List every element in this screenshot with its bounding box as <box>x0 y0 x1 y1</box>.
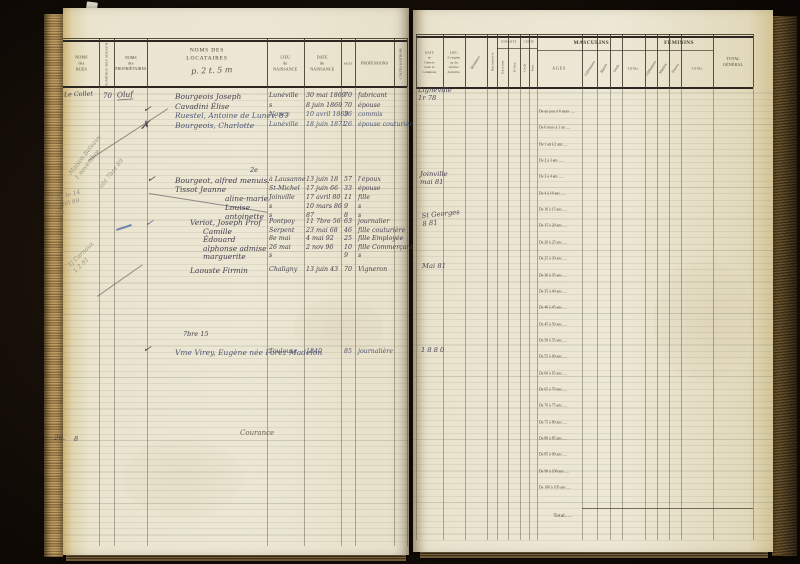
ledger-line: Louises10 mars 869s <box>63 203 407 212</box>
birthplace: s <box>269 203 272 210</box>
col-header-protestants-label: Prot. <box>531 63 535 71</box>
age-row-label: De 45 à 50 ans ..... <box>539 322 567 326</box>
birthdate: 13 juin 43 <box>306 266 338 273</box>
age-row: De 45 à 50 ans ..... <box>539 314 585 322</box>
birthplace: 26 mai <box>269 244 291 251</box>
age-row-label: De 100 à 105 ans ..... <box>539 485 571 489</box>
right-page: DATE de l'entrée dans la commune LIEU d'… <box>413 10 773 552</box>
column-rule-body <box>497 87 498 540</box>
col-header-proprietaires: NOMS des PROPRIÉTAIRES <box>114 41 147 86</box>
col-header-f-veuves-label: Veuves <box>671 63 680 74</box>
profession: commis <box>358 111 383 118</box>
age-value: 70 <box>344 266 352 273</box>
col-header-protestants: Prot. <box>528 48 537 87</box>
birthplace: Chaligny <box>269 266 297 273</box>
age-row-label: De 85 à 90 ans ..... <box>539 453 567 457</box>
birthplace: Nancy <box>269 111 289 118</box>
column-rule-body <box>645 87 646 540</box>
col-header-lieu-origine: LIEU d'origine ou du dernier domicile <box>443 37 465 87</box>
column-rule-body <box>537 87 538 540</box>
age-row-label: De 35 à 40 ans ..... <box>539 289 567 293</box>
age-row: De 80 à 85 ans ..... <box>539 428 585 436</box>
age-row-label: De 75 à 80 ans ..... <box>539 420 567 424</box>
profession: l'époux <box>358 176 381 183</box>
birthdate: 10 mars 86 <box>306 203 342 210</box>
age-value: 25 <box>344 235 352 242</box>
age-row: De 3 à 4 ans ..... <box>539 166 585 174</box>
col-header-numeros: NUMÉROS DES MAISONS <box>99 41 114 86</box>
age-row: De 15 à 20 ans ..... <box>539 215 585 223</box>
birthdate: 17 juin 66 <box>306 185 338 192</box>
col-header-f-total-label: TOTAL <box>692 66 703 71</box>
column-rule-body <box>341 87 342 546</box>
profession: s <box>358 252 361 259</box>
age-row: De 35 à 40 ans ..... <box>539 281 585 289</box>
age-row: De 25 à 30 ans ..... <box>539 248 585 256</box>
annotation-2e: 2e <box>250 166 258 174</box>
birthdate: 13 juin 18 <box>306 176 338 183</box>
birthdate: 18 juin 1871 <box>306 121 346 128</box>
column-rule-body <box>465 87 466 540</box>
age-value: 9 <box>344 252 348 259</box>
col-header-professions-label: PROFESSIONS <box>361 61 388 67</box>
age-row: De 85 à 90 ans ..... <box>539 444 585 452</box>
profession: fille Commerçante <box>358 244 417 251</box>
entry-note: Joinville mai 81 <box>420 170 448 186</box>
profession: fille couturière <box>358 227 405 234</box>
column-rule-body <box>304 87 305 546</box>
ledger-line: Ruestel, Antoine de Lunév. 87Nancy10 avr… <box>63 111 407 120</box>
column-rule-body <box>487 87 488 540</box>
tenant-name: Laouste Firmin <box>190 266 248 275</box>
age-row-label: De un jour à 6 mois ..... <box>539 109 575 113</box>
age-value: 63 <box>344 218 352 225</box>
birthplace: Joinville <box>269 194 295 201</box>
age-value: 70 <box>344 102 352 109</box>
profession: fille Employée <box>358 235 403 242</box>
column-rule-body <box>99 87 100 546</box>
age-row: De 10 à 15 ans ..... <box>539 199 585 207</box>
birthplace: Toulouse <box>269 348 297 355</box>
col-header-f-celibataires: Célibataires <box>645 50 657 87</box>
column-rule-body <box>267 87 268 546</box>
ledger-ruling <box>413 87 773 542</box>
col-header-lieu-origine-label: LIEU d'origine ou du dernier domicile <box>448 50 461 74</box>
tenant-name: Louise <box>225 203 250 212</box>
column-rule-body <box>443 87 444 540</box>
birthdate: 30 mai 1869 <box>306 92 346 99</box>
birthplace: Serpent <box>269 227 294 234</box>
column-rule-body <box>114 87 115 546</box>
column-rule-body <box>529 87 530 540</box>
col-header-locataires: NOMS DES LOCATAIRES <box>147 41 267 67</box>
col-header-lieu-label: LIEU de NAISSANCE <box>273 55 297 73</box>
column-rule-header <box>407 38 408 87</box>
group-header-feminins-label: FÉMININS <box>664 38 694 46</box>
ledger-line: Vme Virey, Eugène née Forez MadelonToulo… <box>63 348 407 357</box>
col-header-f-mariees-label: Mariées <box>658 63 668 75</box>
pre-total-rule <box>582 508 753 509</box>
tenant-name: marguerite <box>203 252 246 261</box>
age-value: 26 <box>344 111 352 118</box>
age-value: 9 <box>344 203 348 210</box>
tenant-name: Bourgeois, Charlotte <box>175 121 254 130</box>
age-row: De un jour à 6 mois ..... <box>539 101 585 109</box>
annotation-7bre: 7bre 15 <box>183 330 209 338</box>
age-value: 85 <box>344 348 352 355</box>
age-row: De 6 mois à 1 an ..... <box>539 117 585 125</box>
column-rule-body <box>713 87 714 540</box>
column-rule-body <box>681 87 682 540</box>
col-header-ages-label: AGES <box>553 66 567 72</box>
age-row: De 1 an à 2 ans ..... <box>539 134 585 142</box>
col-header-f-mariees: Mariées <box>657 50 669 87</box>
birthdate: 10 avril 1869 <box>306 111 348 118</box>
tenant-name: Tissot Jeanne <box>175 185 226 194</box>
birthplace: 8e mai <box>269 235 290 242</box>
age-row: De 20 à 25 ans ..... <box>539 232 585 240</box>
ledger-line: Cavadini Élises8 juin 186970épouse <box>63 102 407 111</box>
header-rule <box>416 87 753 89</box>
col-header-filles-label: Filles <box>512 63 516 73</box>
col-header-cultes-label: CULTES POSITIONS <box>399 48 403 79</box>
group-header-enfants-label: ENFANTS <box>501 39 516 44</box>
age-value: 46 <box>344 227 352 234</box>
age-row: De 50 à 55 ans ..... <box>539 330 585 338</box>
age-row-label: De 30 à 35 ans ..... <box>539 273 567 277</box>
age-row-label: De 15 à 20 ans ..... <box>539 224 567 228</box>
group-header-feminins: FÉMININS <box>645 35 713 50</box>
group-header-masculins: MASCULINS <box>537 35 645 50</box>
col-header-garcons-label: Garçons <box>501 61 505 75</box>
column-rule-body <box>416 87 417 540</box>
birthdate: 2 nov 96 <box>306 244 333 251</box>
col-header-m-total: TOTAL <box>622 50 645 87</box>
birthdate: 8 juin 1869 <box>306 102 342 109</box>
col-header-rues: NOMS des RUES <box>63 41 99 86</box>
age-row-label: De 40 à 45 ans ..... <box>539 306 567 310</box>
profession: fille <box>358 194 370 201</box>
census-register-photo: { "document_title": "Registre de recense… <box>0 0 800 564</box>
col-header-date-entree-label: DATE de l'entrée dans la commune <box>423 50 437 74</box>
ledger-line: Bourgeot, alfred menuis.à Lausanne13 jui… <box>63 176 407 185</box>
col-header-filles: Filles <box>508 48 520 87</box>
age-row-label: De 80 à 85 ans ..... <box>539 436 567 440</box>
age-row-label: De 55 à 60 ans ..... <box>539 355 567 359</box>
profession: épouse <box>358 185 381 192</box>
column-rule-body <box>355 87 356 546</box>
col-header-date-label: DATE de NAISSANCE <box>310 55 334 73</box>
age-row: De 75 à 80 ans ..... <box>539 412 585 420</box>
column-rule-body <box>407 87 408 546</box>
col-header-total-general: TOTAL GÉNÉRAL <box>713 37 753 87</box>
birthplace: St-Michel <box>269 185 300 192</box>
ledger-line: Bourgeois JosephLunéville30 mai 186970fa… <box>63 92 407 101</box>
birthplace: Lunéville <box>269 121 298 128</box>
age-row: De 2 à 3 ans ..... <box>539 150 585 158</box>
col-header-cultes: CULTES POSITIONS <box>394 41 407 86</box>
tenant-name: Bourgeois Joseph <box>175 92 241 101</box>
birthplace: s <box>269 252 272 259</box>
col-header-f-veuves: Veuves <box>669 50 681 87</box>
age-value: 70 <box>344 92 352 99</box>
profession: fabricant <box>358 92 387 99</box>
age-value: 11 <box>344 194 352 201</box>
col-header-rues-label: NOMS des RUES <box>75 55 87 73</box>
column-rule-body <box>669 87 670 540</box>
col-header-residence: Résidence <box>465 37 487 87</box>
book-page-edge-stack-left <box>44 14 63 557</box>
column-rule-header <box>753 34 754 87</box>
age-row: De 70 à 75 ans ..... <box>539 395 585 403</box>
age-row-label: De 50 à 55 ans ..... <box>539 338 567 342</box>
age-row-label: De 60 à 65 ans ..... <box>539 371 567 375</box>
age-row-label: De 70 à 75 ans ..... <box>539 404 567 408</box>
margin-number-small: 8 <box>74 435 78 443</box>
book-page-edge-stack-bottom-right <box>420 552 768 558</box>
birthdate: 11 7bre 56 <box>306 218 341 225</box>
group-header-culte-label: CULTE <box>523 39 534 44</box>
col-header-nationalite: Nationalité <box>487 37 497 87</box>
col-header-m-maries: Mariés <box>597 50 610 87</box>
col-header-m-veufs: Veufs <box>610 50 622 87</box>
col-header-total-general-label: TOTAL GÉNÉRAL <box>723 56 743 68</box>
group-header-culte: CULTE <box>520 35 537 48</box>
profession: épouse <box>358 102 381 109</box>
profession: journalière <box>358 348 393 355</box>
left-page: NOMS des RUES NUMÉROS DES MAISONS NOMS d… <box>63 8 409 555</box>
age-row: De 40 à 45 ans ..... <box>539 297 585 305</box>
column-rule-body <box>610 87 611 540</box>
ledger-line: Tissot JeanneSt-Michel17 juin 6633épouse <box>63 185 407 194</box>
col-header-professions: PROFESSIONS <box>355 41 394 86</box>
total-row: Total..... <box>533 510 593 520</box>
age-row-label: De 3 à 4 ans ..... <box>539 175 563 179</box>
profession: Vigneron <box>358 266 387 273</box>
column-rule-body <box>597 87 598 540</box>
tenant-name: Bourgeot, alfred menuis. <box>175 176 270 185</box>
col-header-m-maries-label: Mariés <box>599 63 608 74</box>
age-row: De 30 à 35 ans ..... <box>539 265 585 273</box>
column-rule-body <box>753 87 754 540</box>
col-header-m-celibataires-label: Célibataires <box>583 60 595 77</box>
age-value: 57 <box>344 176 352 183</box>
col-header-catholiques: Cath. <box>520 48 528 87</box>
col-header-garcons: Garçons <box>497 48 508 87</box>
col-header-date: DATE de NAISSANCE <box>304 41 341 86</box>
col-header-m-total-label: TOTAL <box>628 66 639 71</box>
profession: journalier <box>358 218 389 225</box>
column-rule-body <box>147 87 148 546</box>
age-value: 10 <box>344 244 352 251</box>
birthdate: 1840 <box>306 348 322 355</box>
birthdate: 4 mai 92 <box>306 235 334 242</box>
column-rule-body <box>657 87 658 540</box>
column-rule-body <box>508 87 509 540</box>
birthdate: 23 mai 68 <box>306 227 338 234</box>
col-header-f-celibataires-label: Célibataires <box>645 60 657 77</box>
ledger-line: Bourgeois, CharlotteLunéville18 juin 187… <box>63 121 407 130</box>
age-row: De 100 à 105 ans ..... <box>539 477 585 485</box>
birthplace: à Lausanne <box>269 176 306 183</box>
column-rule-body <box>520 87 521 540</box>
age-row-label: De 65 à 70 ans ..... <box>539 387 567 391</box>
col-header-ages: AGES <box>341 41 355 86</box>
profession: épouse couturière <box>358 121 416 128</box>
age-row-label: De 2 à 3 ans ..... <box>539 158 563 162</box>
header-scrawl: p. 2 t. 5 m <box>191 65 233 75</box>
book-page-edge-stack-right <box>772 16 797 556</box>
age-row-label: De 25 à 30 ans ..... <box>539 257 567 261</box>
col-header-catholiques-label: Cath. <box>522 63 526 72</box>
age-value: 33 <box>344 185 352 192</box>
col-header-numeros-label: NUMÉROS DES MAISONS <box>105 40 109 87</box>
group-header-enfants: ENFANTS <box>497 35 520 48</box>
ledger-line: Laouste FirminChaligny13 juin 4370Vigner… <box>63 266 407 275</box>
col-header-residence-label: Résidence <box>470 55 481 70</box>
ledger-line: marguerites9s <box>63 252 407 261</box>
age-row: De 90 à 100 ans ..... <box>539 461 585 469</box>
age-row: De 55 à 60 ans ..... <box>539 346 585 354</box>
entry-note: Mai 81 <box>422 262 446 270</box>
group-header-masculins-label: MASCULINS <box>573 38 608 46</box>
col-header-lieu: LIEU de NAISSANCE <box>267 41 304 86</box>
age-row: De 65 à 70 ans ..... <box>539 379 585 387</box>
entry-note: 1880 <box>421 346 446 354</box>
age-row: De 60 à 65 ans ..... <box>539 363 585 371</box>
col-header-ages-label: AGES <box>344 61 353 66</box>
age-row-label: De 4 à 10 ans ..... <box>539 191 565 195</box>
birthplace: Lunéville <box>269 92 298 99</box>
tenant-name: aline-marie <box>225 194 268 203</box>
col-header-locataires-label: NOMS DES LOCATAIRES <box>174 46 240 63</box>
entry-note: Ligneville 1r 78 <box>418 86 452 102</box>
age-row-label: De 6 mois à 1 an ..... <box>539 126 570 130</box>
profession: s <box>358 203 361 210</box>
col-header-date-entree: DATE de l'entrée dans la commune <box>416 37 443 87</box>
book-page-edge-stack-bottom-left <box>66 555 406 561</box>
birthdate: 17 avril 80 <box>306 194 340 201</box>
age-value: 26 <box>344 121 352 128</box>
age-row-label: De 20 à 25 ans ..... <box>539 240 567 244</box>
column-rule-body <box>394 87 395 546</box>
margin-number: 20. <box>54 434 65 442</box>
tenant-name: Vme Virey, Eugène née Forez Madelon <box>175 348 322 357</box>
col-header-m-veufs-label: Veufs <box>612 64 620 73</box>
age-row-label: De 1 an à 2 ans ..... <box>539 142 568 146</box>
col-header-f-total: TOTAL <box>681 50 713 87</box>
age-row-label: De 10 à 15 ans ..... <box>539 208 567 212</box>
age-row-label: De 90 à 100 ans ..... <box>539 469 569 473</box>
ledger-line: aline-marieJoinville17 avril 8011fille <box>63 194 407 203</box>
annotation-word: Courance <box>240 429 274 437</box>
tenant-name: Cavadini Élise <box>175 102 229 111</box>
col-header-proprietaires-label: NOMS des PROPRIÉTAIRES <box>115 55 146 72</box>
birthplace: s <box>269 102 272 109</box>
age-row: De 4 à 10 ans ..... <box>539 183 585 191</box>
total-row-label: Total..... <box>554 511 573 519</box>
col-header-ages: AGES <box>537 50 582 87</box>
col-header-nationalite-label: Nationalité <box>490 53 494 72</box>
birthplace: Pontpoy <box>269 218 295 225</box>
column-rule-body <box>622 87 623 540</box>
col-header-m-celibataires: Célibataires <box>582 50 597 87</box>
